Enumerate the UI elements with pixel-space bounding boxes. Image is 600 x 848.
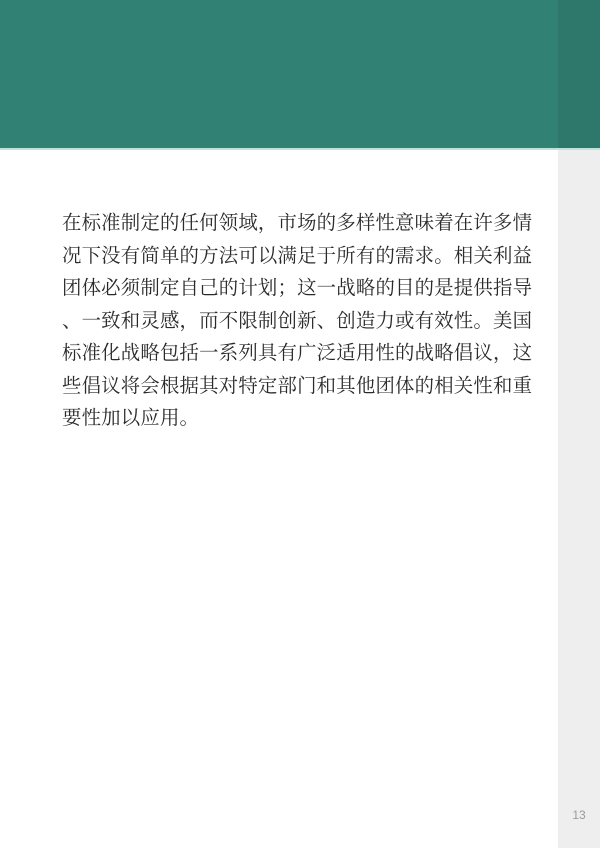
- text-line: 在标准制定的任何领域，市场的多样性意味着在许多情: [62, 207, 532, 240]
- text-line: 标准化战略包括一系列具有广泛适用性的战略倡议，这: [62, 337, 532, 370]
- side-margin-strip: [558, 150, 600, 848]
- body-paragraph: 在标准制定的任何领域，市场的多样性意味着在许多情 况下没有简单的方法可以满足于所…: [62, 207, 532, 435]
- text-line: 况下没有简单的方法可以满足于所有的需求。相关利益: [62, 240, 532, 273]
- banner-divider: [0, 148, 600, 150]
- text-line: 要性加以应用。: [62, 402, 532, 435]
- text-line: 团体必须制定自己的计划；这一战略的目的是提供指导: [62, 272, 532, 305]
- page-number: 13: [558, 808, 600, 822]
- header-banner: [0, 0, 600, 148]
- text-line: 、一致和灵感，而不限制创新、创造力或有效性。美国: [62, 305, 532, 338]
- header-banner-side-tab: [558, 0, 600, 148]
- text-line: 些倡议将会根据其对特定部门和其他团体的相关性和重: [62, 370, 532, 403]
